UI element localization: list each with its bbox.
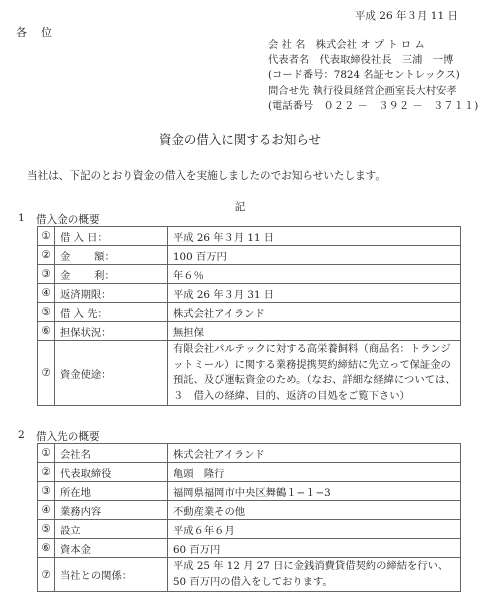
table-row: ⑥ 資本金 60 百万円 <box>38 539 461 558</box>
row-value: 不動産業その他 <box>168 501 461 520</box>
row-label: 設立 <box>55 520 168 539</box>
row-number: ① <box>38 444 55 463</box>
table-row: ⑤ 設立 平成６年６月 <box>38 520 461 539</box>
table-row: ④ 業務内容 不動産業その他 <box>38 501 461 520</box>
row-label: 会社名 <box>55 444 168 463</box>
row-value: 無担保 <box>168 322 461 341</box>
intro-text: 当社は、下記のとおり資金の借入を実施しましたのでお知らせいたします。 <box>27 168 386 183</box>
stock-code: (コード番号：7824 名証セントレックス) <box>268 68 478 83</box>
table-row: ⑥ 担保状況： 無担保 <box>38 322 461 341</box>
row-number: ③ <box>38 265 55 284</box>
table-row: ④ 返済期限： 平成 26 年３月 31 日 <box>38 284 461 303</box>
table-row: ⑦ 資金使途： 有限会社パルテックに対する高栄養飼料（商品名：トランジットミール… <box>38 341 461 406</box>
row-number: ⑤ <box>38 520 55 539</box>
row-value: 平成６年６月 <box>168 520 461 539</box>
row-label: 金 利： <box>55 265 168 284</box>
row-number: ⑦ <box>38 558 55 592</box>
row-label: 業務内容 <box>55 501 168 520</box>
row-number: ⑦ <box>38 341 55 406</box>
section-number: 1 <box>18 212 25 224</box>
row-label: 担保状況： <box>55 322 168 341</box>
company-name: 会 社 名 株式会社 オ プ ト ロ ム <box>268 38 478 53</box>
row-number: ④ <box>38 501 55 520</box>
table-row: ① 会社名 株式会社アイランド <box>38 444 461 463</box>
row-value: 年６％ <box>168 265 461 284</box>
row-number: ① <box>38 227 55 246</box>
document-title: 資金の借入に関するお知らせ <box>0 130 480 148</box>
row-number: ③ <box>38 482 55 501</box>
row-value: 平成 26 年３月 11 日 <box>168 227 461 246</box>
row-value: 株式会社アイランド <box>168 444 461 463</box>
representative: 代表者名 代表取締役社長 三浦 一博 <box>268 53 478 68</box>
row-value: 亀頭 隆行 <box>168 463 461 482</box>
table-row: ⑦ 当社との関係： 平成 25 年 12 月 27 日に金銭消費貸借契約の締結を… <box>38 558 461 592</box>
row-label: 借 入 先： <box>55 303 168 322</box>
row-value: 平成 26 年３月 31 日 <box>168 284 461 303</box>
row-number: ④ <box>38 284 55 303</box>
row-number: ② <box>38 246 55 265</box>
row-value: 福岡県福岡市中央区舞鶴１−１−3 <box>168 482 461 501</box>
lender-summary-table: ① 会社名 株式会社アイランド ② 代表取締役 亀頭 隆行 ③ 所在地 福岡県福… <box>37 443 461 592</box>
row-label: 金 額： <box>55 246 168 265</box>
table-row: ② 金 額： 100 百万円 <box>38 246 461 265</box>
table-row: ⑤ 借 入 先： 株式会社アイランド <box>38 303 461 322</box>
row-number: ⑥ <box>38 539 55 558</box>
row-number: ⑥ <box>38 322 55 341</box>
loan-summary-table: ① 借 入 日： 平成 26 年３月 11 日 ② 金 額： 100 百万円 ③… <box>37 226 461 406</box>
row-label: 資本金 <box>55 539 168 558</box>
row-value: 60 百万円 <box>168 539 461 558</box>
row-value: 100 百万円 <box>168 246 461 265</box>
row-label: 返済期限： <box>55 284 168 303</box>
row-number: ⑤ <box>38 303 55 322</box>
row-number: ② <box>38 463 55 482</box>
contact-person: 問合せ先 執行役員経営企画室長大村安孝 <box>268 84 478 99</box>
sender-block: 会 社 名 株式会社 オ プ ト ロ ム 代表者名 代表取締役社長 三浦 一博 … <box>268 38 478 114</box>
row-label: 代表取締役 <box>55 463 168 482</box>
section-number: 2 <box>18 429 25 441</box>
row-label: 当社との関係： <box>55 558 168 592</box>
section-title: 借入先の概要 <box>36 429 100 444</box>
addressee: 各位 <box>16 24 66 40</box>
row-label: 資金使途： <box>55 341 168 406</box>
row-label: 所在地 <box>55 482 168 501</box>
phone-number: (電話番号 ０２２ － ３９２ － ３７１１) <box>268 99 478 114</box>
section-title: 借入金の概要 <box>36 212 100 227</box>
table-row: ③ 所在地 福岡県福岡市中央区舞鶴１−１−3 <box>38 482 461 501</box>
row-label: 借 入 日： <box>55 227 168 246</box>
document-date: 平成 26 年３月 11 日 <box>355 8 458 23</box>
table-row: ② 代表取締役 亀頭 隆行 <box>38 463 461 482</box>
row-value: 株式会社アイランド <box>168 303 461 322</box>
table-row: ① 借 入 日： 平成 26 年３月 11 日 <box>38 227 461 246</box>
row-value: 有限会社パルテックに対する高栄養飼料（商品名：トランジットミール）に関する業務提… <box>168 341 461 406</box>
row-value: 平成 25 年 12 月 27 日に金銭消費貸借契約の締結を行い、50 百万円の… <box>168 558 461 592</box>
table-row: ③ 金 利： 年６％ <box>38 265 461 284</box>
